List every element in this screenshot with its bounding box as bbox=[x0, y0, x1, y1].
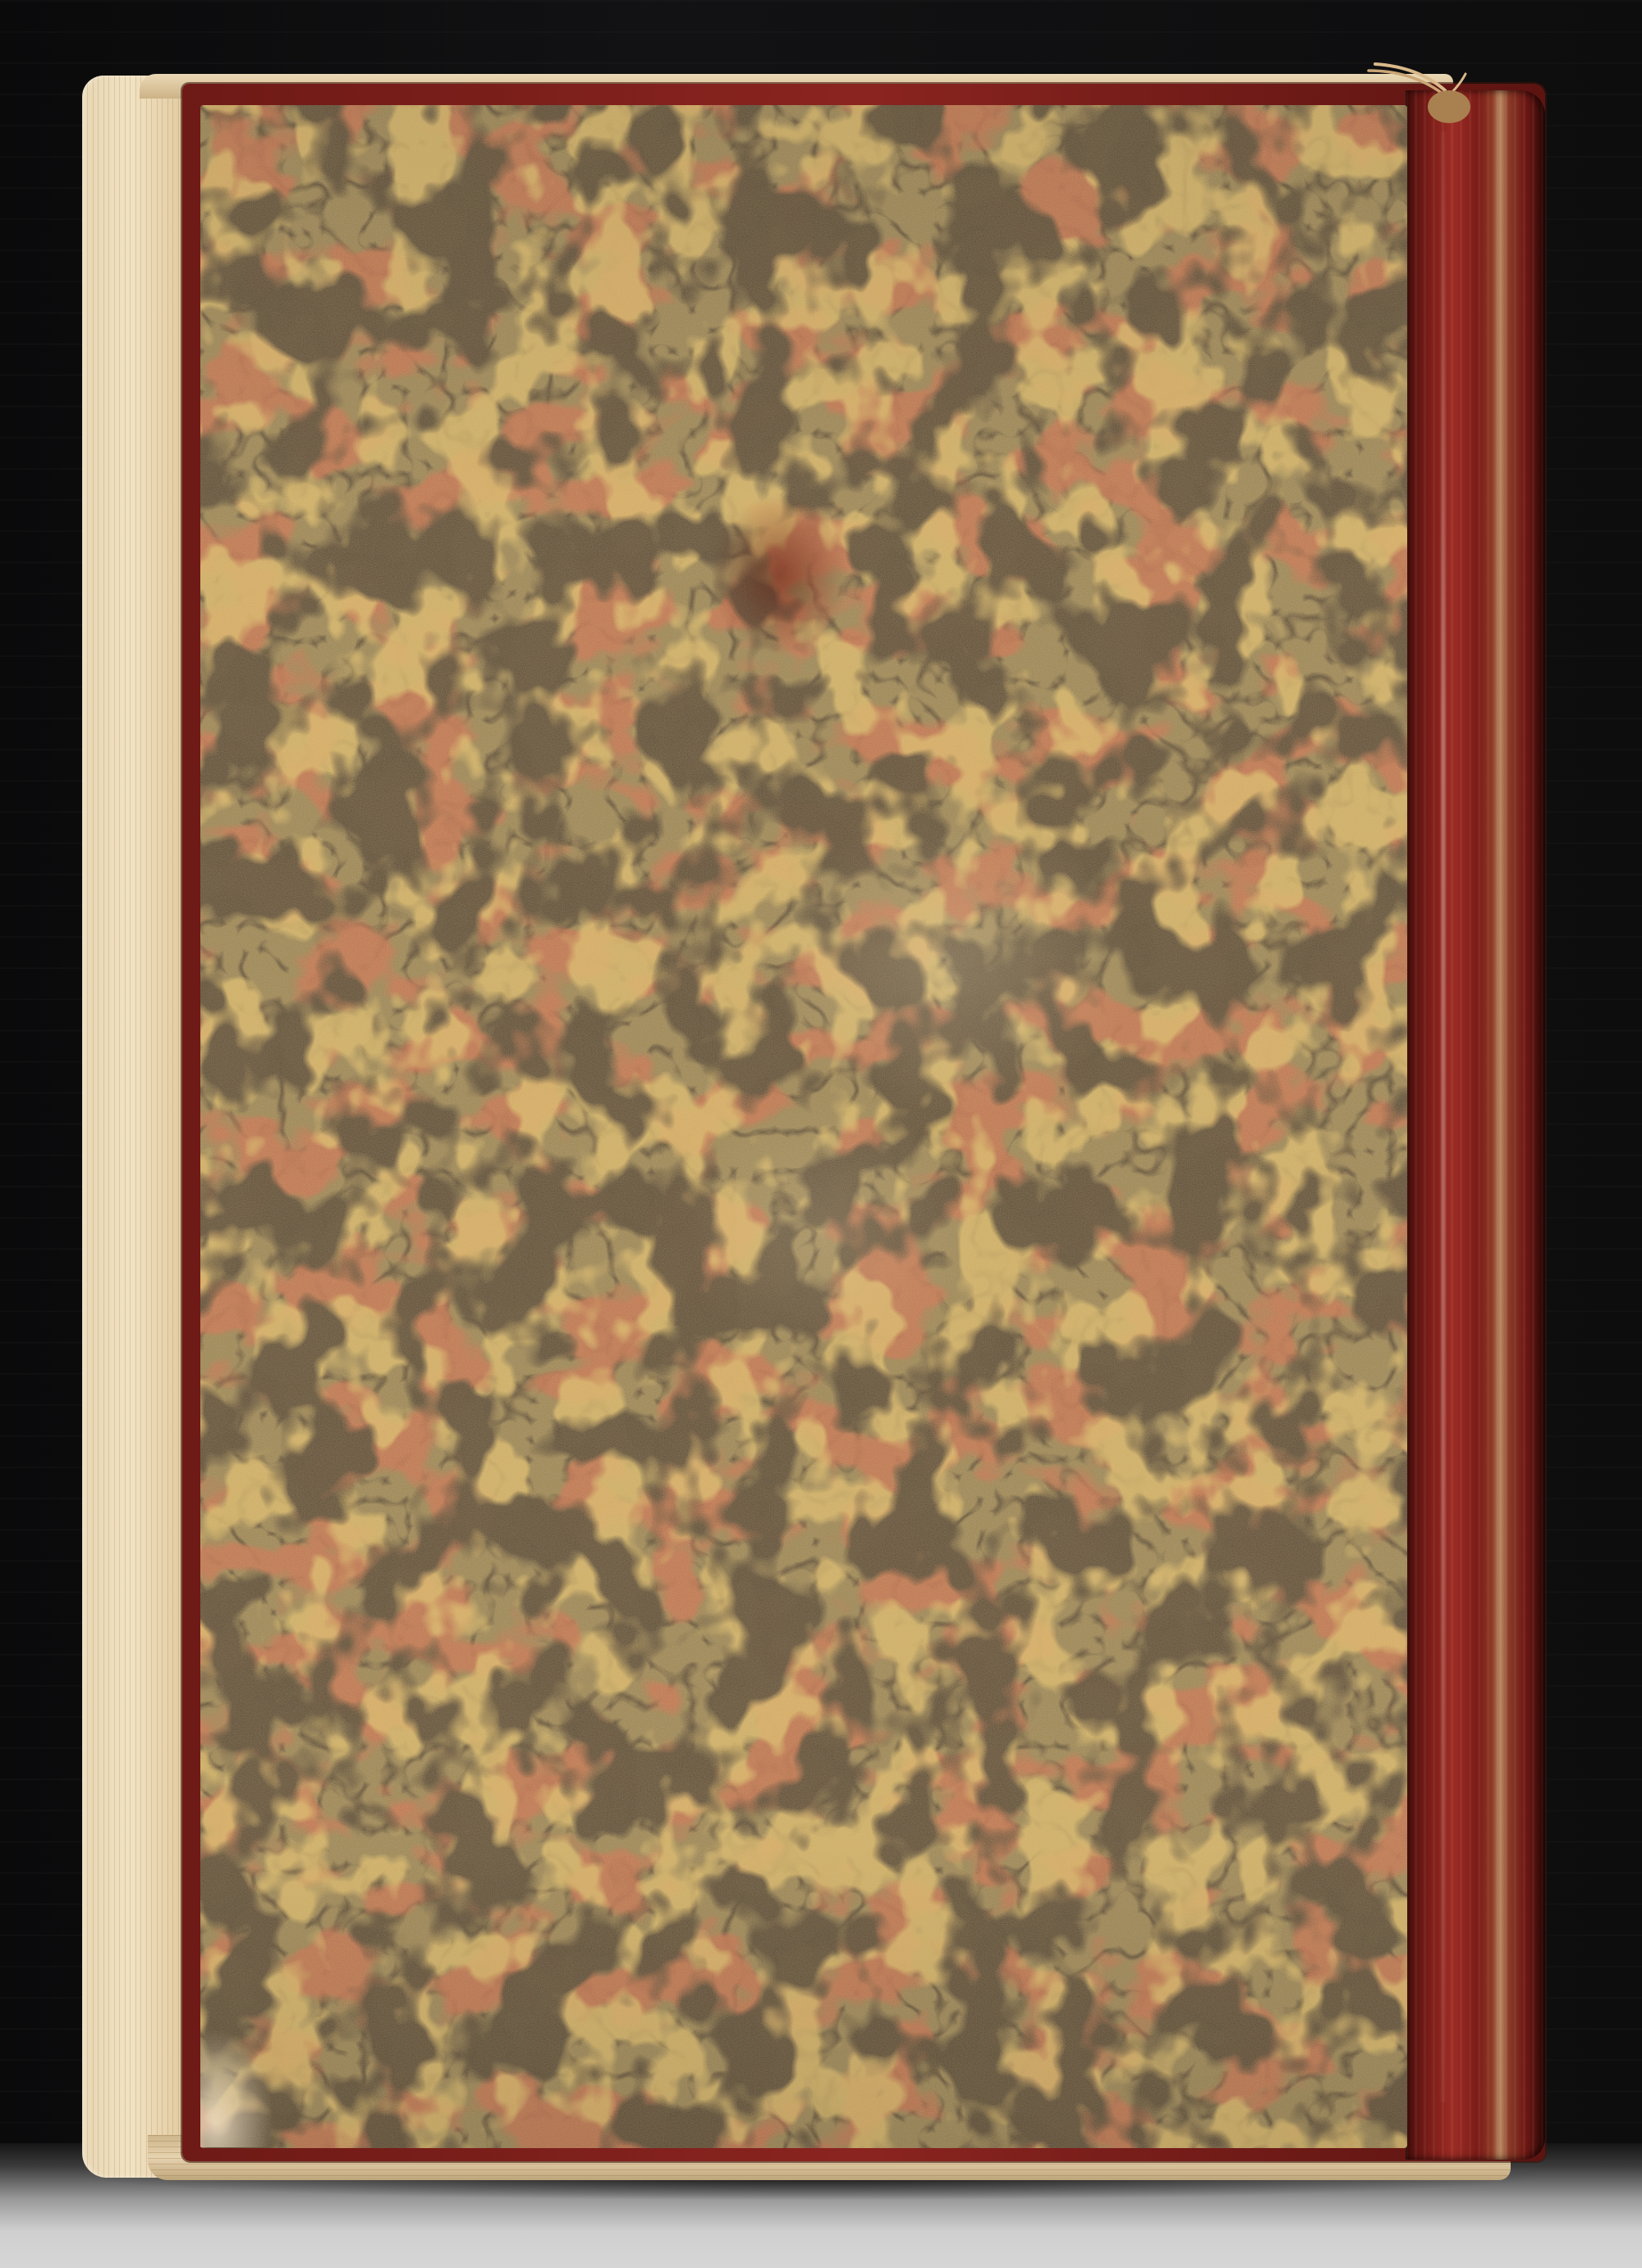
worn-corner bbox=[200, 2028, 274, 2147]
surface-wear bbox=[200, 105, 1407, 2148]
marbled-cover-panel bbox=[200, 105, 1407, 2148]
spine-highlight bbox=[1441, 131, 1446, 2102]
frayed-thread-icon bbox=[1367, 57, 1474, 123]
leather-spine bbox=[1406, 90, 1545, 2160]
